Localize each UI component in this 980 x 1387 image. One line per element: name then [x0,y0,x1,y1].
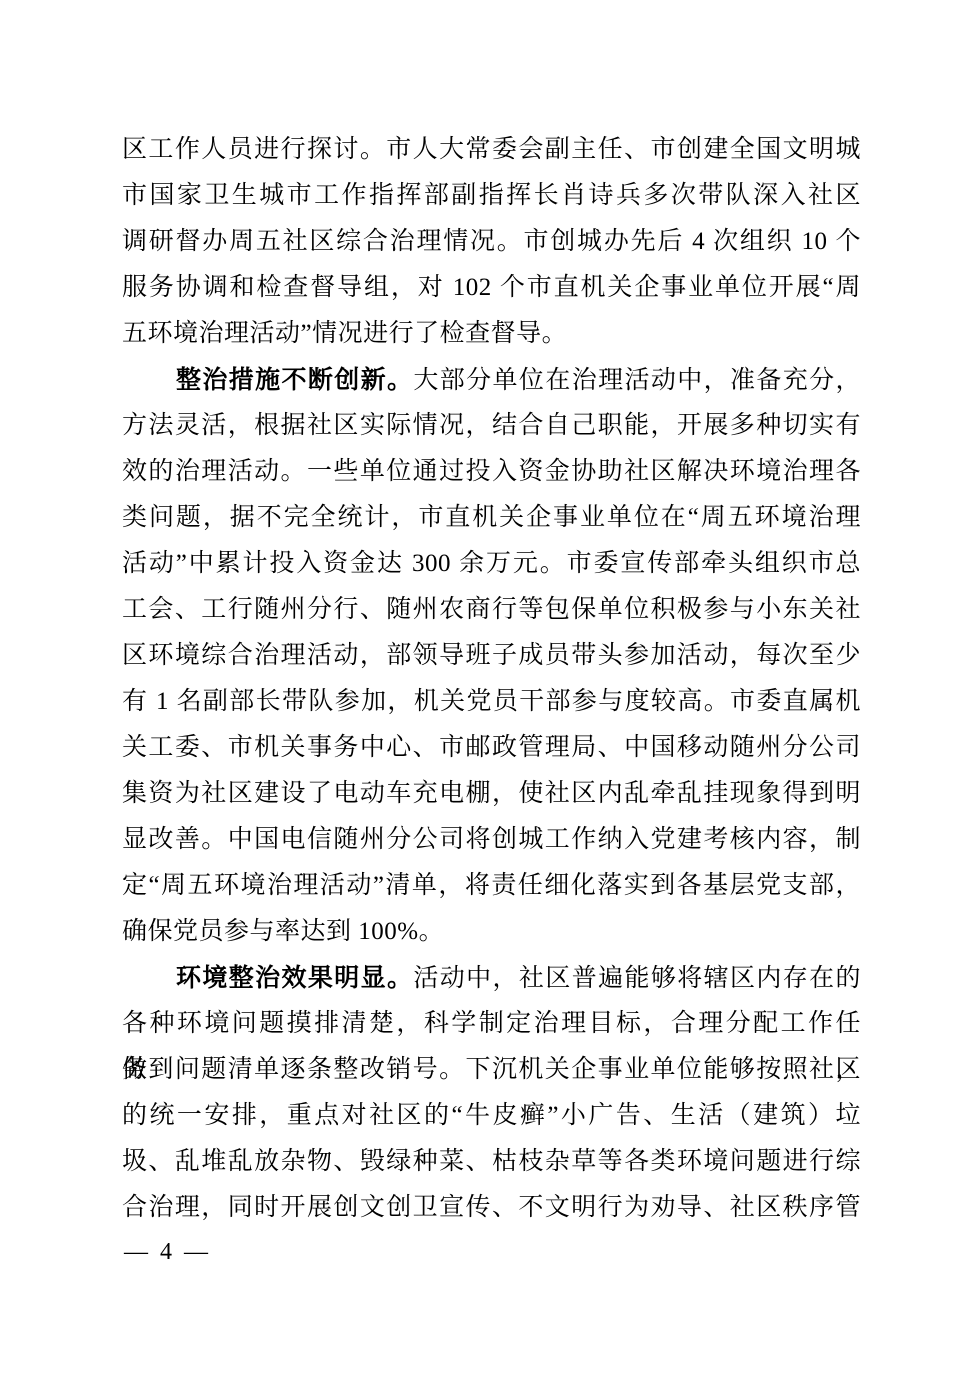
line-text: 市国家卫生城市工作指挥部副指挥长肖诗兵多次带队深入社区 [122,182,861,209]
page-number: — 4 — [124,1236,211,1268]
text-line: 确保党员参与率达到 100%。 [122,909,861,955]
text-line: 活动”中累计投入资金达 300 余万元。市委宣传部牵头组织市总 [122,541,861,587]
line-text: 大部分单位在治理活动中，准备充分， [413,367,861,394]
line-text: 定“周五环境治理活动”清单，将责任细化落实到各基层党支部， [122,872,861,899]
line-text: 方法灵活，根据社区实际情况，结合自己职能，开展多种切实有 [122,412,861,439]
line-text: 类问题，据不完全统计，市直机关企事业单位在“周五环境治理 [122,504,861,531]
text-line: 区环境综合治理活动，部领导班子成员带头参加活动，每次至少 [122,633,861,679]
text-line: 整治措施不断创新。大部分单位在治理活动中，准备充分， [122,357,861,403]
text-line: 有 1 名副部长带队参加，机关党员干部参与度较高。市委直属机 [122,679,861,725]
paragraph-lead: 环境整治效果明显。 [176,964,413,992]
text-line: 定“周五环境治理活动”清单，将责任细化落实到各基层党支部， [122,863,861,909]
text-line: 合治理，同时开展创文创卫宣传、不文明行为劝导、社区秩序管 [122,1185,861,1231]
text-line: 调研督办周五社区综合治理情况。市创城办先后 4 次组织 10 个 [122,219,861,265]
text-line: 服务协调和检查督导组，对 102 个市直机关企事业单位开展“周 [122,265,861,311]
text-line: 区工作人员进行探讨。市人大常委会副主任、市创建全国文明城 [122,127,861,173]
line-text: 效的治理活动。一些单位通过投入资金协助社区解决环境治理各 [122,458,861,485]
line-text: 调研督办周五社区综合治理情况。市创城办先后 4 次组织 10 个 [122,228,861,255]
line-text: 集资为社区建设了电动车充电棚，使社区内乱牵乱挂现象得到明 [122,780,861,807]
text-line: 方法灵活，根据社区实际情况，结合自己职能，开展多种切实有 [122,403,861,449]
text-line: 类问题，据不完全统计，市直机关企事业单位在“周五环境治理 [122,495,861,541]
line-text: 活动”中累计投入资金达 300 余万元。市委宣传部牵头组织市总 [122,550,861,577]
text-line: 集资为社区建设了电动车充电棚，使社区内乱牵乱挂现象得到明 [122,771,861,817]
text-line: 圾、乱堆乱放杂物、毁绿种菜、枯枝杂草等各类环境问题进行综 [122,1139,861,1185]
line-text: 做到问题清单逐条整改销号。下沉机关企事业单位能够按照社区 [122,1056,861,1083]
text-line: 显改善。中国电信随州分公司将创城工作纳入党建考核内容，制 [122,817,861,863]
text-line: 做到问题清单逐条整改销号。下沉机关企事业单位能够按照社区 [122,1047,861,1093]
line-text: 确保党员参与率达到 100%。 [122,918,444,945]
text-line: 市国家卫生城市工作指挥部副指挥长肖诗兵多次带队深入社区 [122,173,861,219]
line-text: 合治理，同时开展创文创卫宣传、不文明行为劝导、社区秩序管 [122,1194,861,1221]
line-text: 五环境治理活动”情况进行了检查督导。 [122,320,567,347]
text-line: 工会、工行随州分行、随州农商行等包保单位积极参与小东关社 [122,587,861,633]
text-line: 关工委、市机关事务中心、市邮政管理局、中国移动随州分公司 [122,725,861,771]
line-text: 圾、乱堆乱放杂物、毁绿种菜、枯枝杂草等各类环境问题进行综 [122,1148,861,1175]
line-text: 工会、工行随州分行、随州农商行等包保单位积极参与小东关社 [122,596,861,623]
text-line: 五环境治理活动”情况进行了检查督导。 [122,311,861,357]
text-line: 环境整治效果明显。活动中，社区普遍能够将辖区内存在的 [122,955,861,1001]
line-text: 区环境综合治理活动，部领导班子成员带头参加活动，每次至少 [122,642,861,669]
line-text: 有 1 名副部长带队参加，机关党员干部参与度较高。市委直属机 [122,688,861,715]
line-text: 的统一安排，重点对社区的“牛皮癣”小广告、生活（建筑）垃 [122,1102,861,1129]
paragraph-lead: 整治措施不断创新。 [176,366,413,394]
line-text: 区工作人员进行探讨。市人大常委会副主任、市创建全国文明城 [122,136,861,163]
text-line: 的统一安排，重点对社区的“牛皮癣”小广告、生活（建筑）垃 [122,1093,861,1139]
line-text: 服务协调和检查督导组，对 102 个市直机关企事业单位开展“周 [122,274,861,301]
document-page: 区工作人员进行探讨。市人大常委会副主任、市创建全国文明城市国家卫生城市工作指挥部… [0,0,980,1387]
line-text: 关工委、市机关事务中心、市邮政管理局、中国移动随州分公司 [122,734,861,761]
text-block: 区工作人员进行探讨。市人大常委会副主任、市创建全国文明城市国家卫生城市工作指挥部… [122,127,861,1231]
line-text: 活动中，社区普遍能够将辖区内存在的 [413,965,861,992]
text-line: 各种环境问题摸排清楚，科学制定治理目标，合理分配工作任务， [122,1001,861,1047]
text-line: 效的治理活动。一些单位通过投入资金协助社区解决环境治理各 [122,449,861,495]
line-text: 显改善。中国电信随州分公司将创城工作纳入党建考核内容，制 [122,826,861,853]
